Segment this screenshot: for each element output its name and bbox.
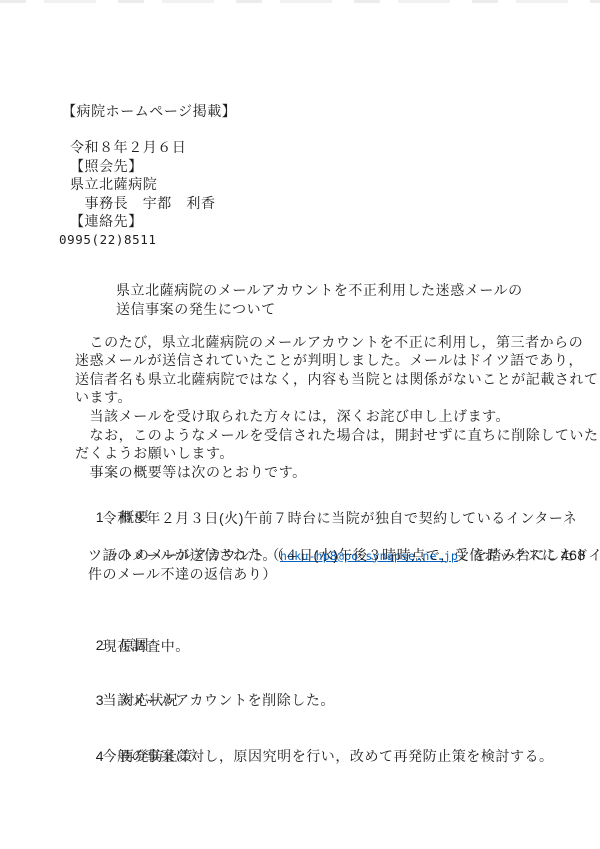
- body-line: 当該メールを受け取られた方々には，深くお詫び申し上げます。: [75, 408, 510, 426]
- section-body-line: 令和８年２月３日(火)午前７時台に当院が独自で契約しているインターネ: [88, 510, 577, 528]
- posting-note: 【病院ホームページ掲載】: [62, 103, 236, 121]
- document-title-line-1: 県立北薩病院のメールアカウントを不正利用した迷惑メールの: [116, 282, 523, 300]
- body-line: このたび，県立北薩病院のメールアカウントを不正に利用し，第三者からの: [75, 334, 583, 352]
- section-body-line: 件のメール不達の返信あり）: [88, 566, 277, 584]
- body-line: います。: [75, 389, 132, 407]
- body-line: なお，このようなメールを受信された場合は，開封せずに直ちに削除していた: [75, 427, 599, 445]
- body-line: 迷惑メールが送信されていたことが判明しました。メールはドイツ語であり，: [75, 352, 583, 370]
- document-date: 令和８年２月６日: [70, 139, 186, 157]
- body-line: だくようお願いします。: [75, 445, 234, 463]
- scan-artifact: [0, 0, 600, 3]
- inquiry-label: 【照会先】: [70, 158, 143, 176]
- document-page: 【病院ホームページ掲載】 令和８年２月６日 【照会先】 県立北薩病院 事務長 宇…: [0, 0, 600, 849]
- contact-person: 事務長 宇都 利香: [70, 195, 216, 213]
- contact-label: 【連絡先】: [70, 213, 143, 231]
- section-body-line: 当該メールアカウントを削除した。: [88, 692, 335, 710]
- body-line: 送信者名も県立北薩病院ではなく，内容も当院とは関係がないことが記載されて: [75, 371, 599, 389]
- document-title-line-2: 送信事案の発生について: [116, 301, 276, 319]
- body-line: 事案の概要等は次のとおりです。: [75, 464, 307, 482]
- hospital-name: 県立北薩病院: [70, 176, 157, 194]
- section-body-line: ツ語のメールが送信された。（４日(水)午後３時時点で，受信ボックスに 468: [88, 547, 586, 565]
- phone-number: 0995(22)8511: [59, 232, 157, 248]
- section-body-line: 現在調査中。: [88, 638, 190, 656]
- section-body-line: 今般の事案に対し，原因究明を行い，改めて再発防止策を検討する。: [88, 748, 554, 766]
